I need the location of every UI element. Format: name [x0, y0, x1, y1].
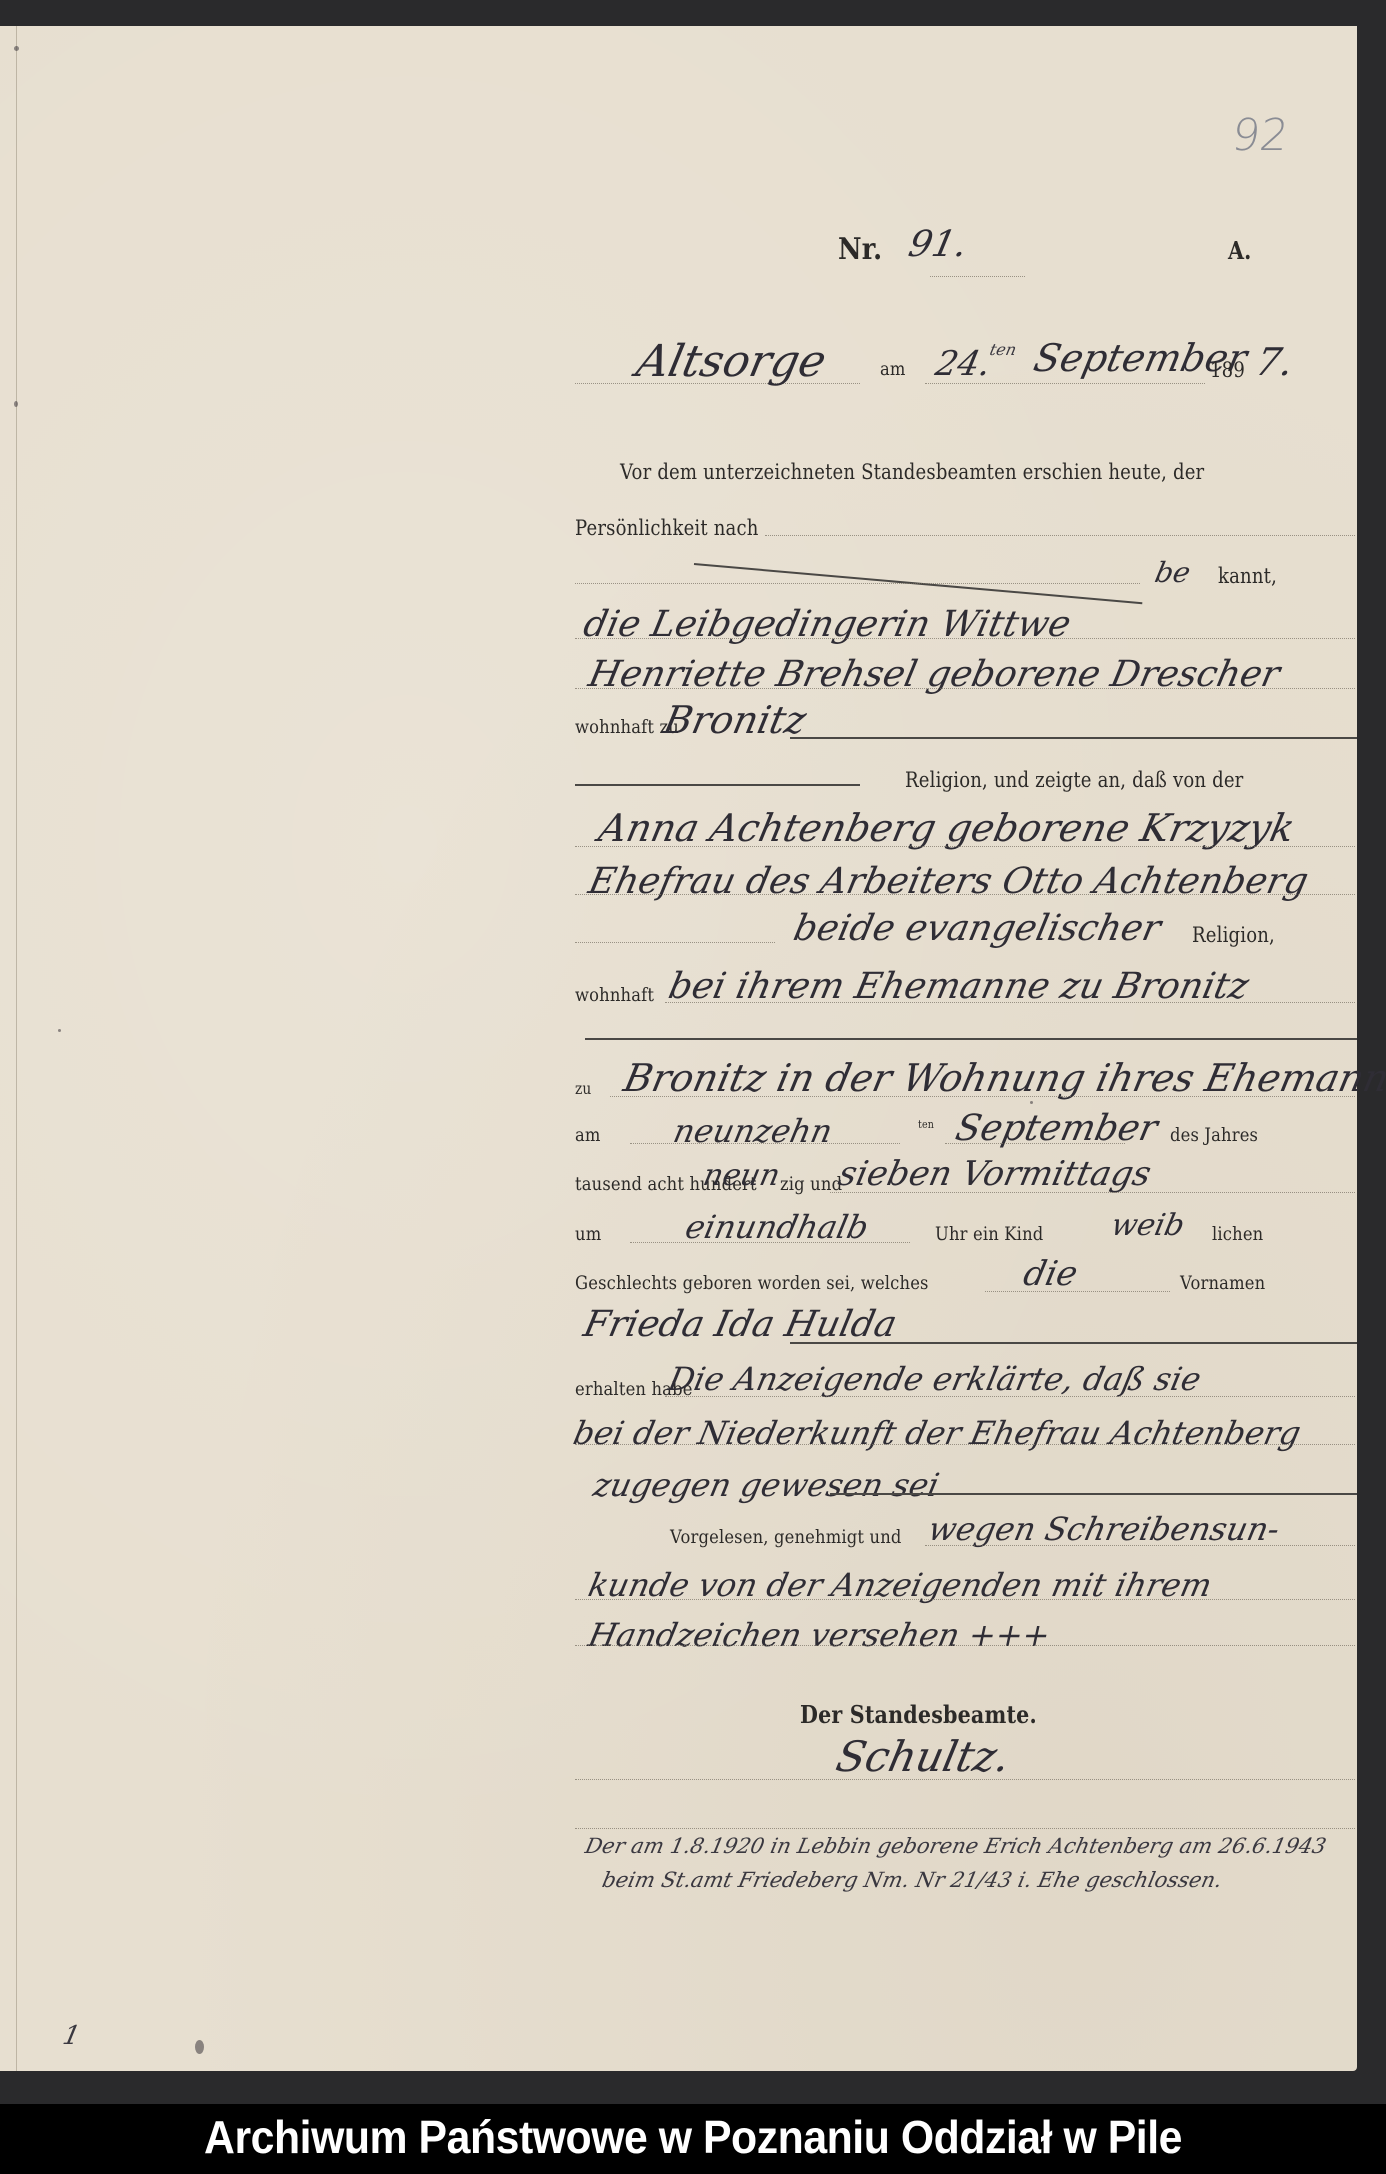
register-number: 91.	[905, 224, 971, 265]
year-digit: 7.	[1252, 340, 1298, 384]
birth-place: Bronitz in der Wohnung ihres Ehemannes	[620, 1056, 1386, 1100]
year-prefix: 189	[1210, 358, 1245, 382]
field-line	[610, 1096, 1355, 1097]
birth-time-of-day: sieben Vormittags	[835, 1154, 1155, 1194]
am-label: am	[880, 358, 906, 380]
birth-day-suffix: ten	[918, 1118, 934, 1131]
birth-record-form: Nr. 91. A. Altsorge am 24. ten September…	[0, 26, 1357, 2071]
field-line	[575, 1779, 1355, 1780]
birth-am-label: am	[575, 1124, 601, 1146]
fill-line	[790, 737, 1357, 739]
given-names: Frieda Ida Hulda	[580, 1304, 900, 1345]
archive-footer-banner: Archiwum Państwowe w Poznaniu Oddział w …	[0, 2104, 1386, 2174]
mother-residence: bei ihrem Ehemanne zu Bronitz	[665, 966, 1252, 1007]
field-line	[925, 1545, 1355, 1546]
signature-name: Schultz.	[832, 1732, 1015, 1781]
field-line	[575, 846, 1355, 847]
birth-decade: neun	[700, 1158, 783, 1193]
birth-year-label: des Jahres	[1170, 1124, 1258, 1146]
field-line	[925, 383, 1205, 384]
declaration-line1: Die Anzeigende erklärte, daß sie	[665, 1360, 1205, 1398]
archive-name: Archiwum Państwowe w Poznaniu Oddział w …	[49, 2110, 1338, 2164]
birth-day: neunzehn	[670, 1112, 836, 1150]
place: Altsorge	[632, 336, 831, 387]
birth-hour: einundhalb	[682, 1208, 872, 1246]
birth-place-label: zu	[575, 1079, 591, 1098]
birth-article: die	[1020, 1254, 1081, 1294]
date-day-suffix: ten	[988, 340, 1018, 359]
mother-line1: Anna Achtenberg geborene Krzyzyk	[595, 806, 1299, 850]
intro-line1: Vor dem unterzeichneten Standesbeamten e…	[620, 460, 1204, 484]
field-line	[945, 1143, 1125, 1144]
fill-line	[585, 1038, 1357, 1040]
declaration-line2: bei der Niederkunft der Ehefrau Achtenbe…	[570, 1414, 1304, 1452]
intro-line2-label: Persönlichkeit nach	[575, 516, 759, 540]
fill-line	[790, 1342, 1357, 1344]
field-line	[575, 638, 1355, 639]
mother-line2: Ehefrau des Arbeiters Otto Achtenberg	[585, 861, 1312, 902]
margin-note-line1: Der am 1.8.1920 in Lebbin geborene Erich…	[583, 1834, 1328, 1858]
field-line	[575, 1828, 1355, 1829]
field-line	[575, 894, 1355, 895]
closing-line3: Handzeichen versehen +++	[585, 1616, 1054, 1654]
field-line	[575, 1444, 1355, 1445]
birth-sex: weib	[1108, 1208, 1188, 1243]
field-line	[575, 688, 1355, 689]
field-line	[985, 1291, 1170, 1292]
child-label: Uhr ein Kind	[935, 1223, 1043, 1245]
intro-line3-hand: be	[1152, 556, 1194, 589]
register-number-label: Nr.	[838, 232, 882, 267]
field-line	[575, 942, 775, 943]
mother-religion-label: Religion,	[1192, 923, 1275, 947]
mother-residence-label: wohnhaft	[575, 984, 654, 1006]
corner-mark: 1	[60, 2021, 83, 2051]
date-day: 24.	[932, 344, 995, 384]
margin-note-line2: beim St.amt Friedeberg Nm. Nr 21/43 i. E…	[600, 1868, 1224, 1892]
field-line	[575, 1645, 1355, 1646]
field-line	[575, 583, 1140, 584]
document-page: 92 Nr. 91. A. Altsorge am 24. ten Septem…	[0, 26, 1357, 2071]
geschlechts-label: Geschlechts geboren worden sei, welches	[575, 1272, 929, 1294]
field-line	[765, 535, 1355, 536]
intro-line3-printed: kannt,	[1218, 564, 1277, 588]
fill-line	[575, 784, 860, 786]
field-line	[830, 1192, 1355, 1193]
closing-label: Vorgelesen, genehmigt und	[670, 1526, 902, 1548]
informant-residence: Bronitz	[660, 698, 810, 742]
um-label: um	[575, 1223, 601, 1245]
mother-religion-hand: beide evangelischer	[790, 908, 1164, 949]
informant-religion-label: Religion, und zeigte an, daß von der	[905, 768, 1243, 792]
section-letter: A.	[1228, 236, 1252, 265]
lichen-label: lichen	[1212, 1223, 1263, 1245]
signature-title: Der Standesbeamte.	[800, 1700, 1037, 1729]
field-line	[930, 276, 1025, 277]
fill-line	[830, 1493, 1357, 1495]
closing-line1: wegen Schreibensun-	[925, 1510, 1283, 1548]
vornamen-label: Vornamen	[1180, 1272, 1265, 1294]
field-line	[575, 1599, 1355, 1600]
field-line	[665, 1002, 1355, 1003]
declaration-line3: zugegen gewesen sei	[590, 1466, 943, 1504]
field-line	[665, 1396, 1355, 1397]
